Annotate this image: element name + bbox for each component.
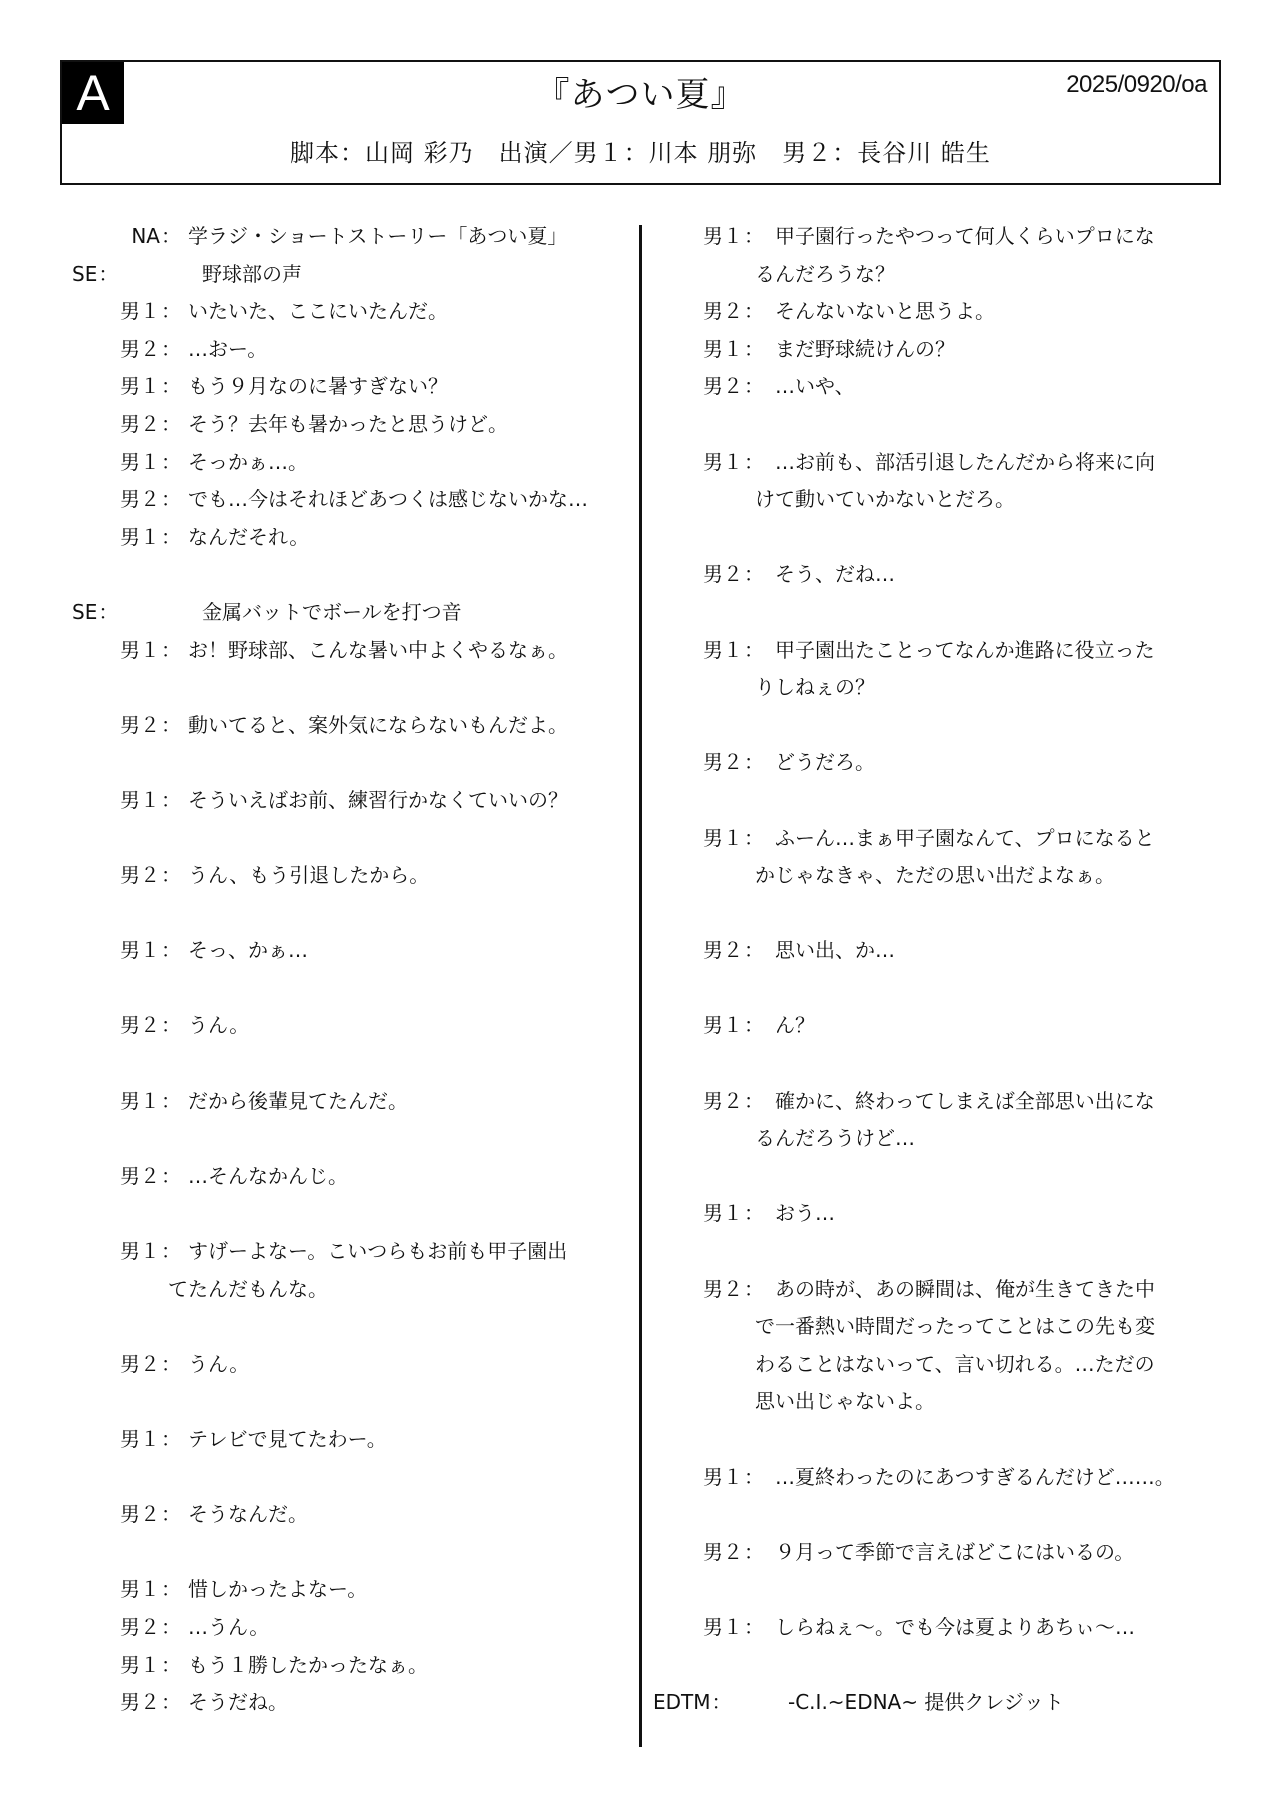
cue-line: EDTM：-C.I.~EDNA~ 提供クレジット [645, 1684, 1225, 1722]
line-text: 甲子園行ったやつって何人くらいプロになるんだろうな？ [765, 218, 1225, 293]
speaker-colon: ： [97, 594, 119, 632]
line-text: ９月って季節で言えばどこにはいるの。 [765, 1534, 1225, 1572]
speaker-name: 男２ [703, 744, 743, 782]
dialogue-line: 男２：そうなんだ。 [60, 1496, 630, 1534]
dialogue-line: 男１：ふーん…まぁ甲子園なんて、プロになるとかじゃなきゃ、ただの思い出だよなぁ。 [645, 820, 1225, 895]
speaker-label: 男１： [645, 218, 765, 256]
dialogue-line: 男２：…うん。 [60, 1609, 630, 1647]
speaker-name: 男１ [120, 782, 160, 820]
speaker-name: 男２ [120, 406, 160, 444]
speaker-label: 男１： [645, 1195, 765, 1233]
dialogue-line: 男２：そうだね。 [60, 1684, 630, 1722]
line-text: …お前も、部活引退したんだから将来に向けて動いていかないとだろ。 [765, 444, 1225, 519]
line-text: そんないないと思うよ。 [765, 293, 1225, 331]
speaker-name: 男２ [703, 1534, 743, 1572]
speaker-label: 男２： [645, 368, 765, 406]
dialogue-line: 男１：しらねぇ〜。でも今は夏よりあちぃ〜… [645, 1609, 1225, 1647]
speaker-name: NA [131, 218, 160, 256]
line-text: …うん。 [182, 1609, 630, 1647]
dialogue-line: 男２：そう、だね… [645, 556, 1225, 594]
speaker-colon: ： [160, 406, 182, 444]
line-text-first: でも…今はそれほどあつくは感じないかな… [188, 481, 630, 519]
speaker-label: 男１： [645, 1007, 765, 1045]
speaker-label: 男１： [645, 444, 765, 482]
line-text: なんだそれ。 [182, 519, 630, 557]
line-text-first: しらねぇ〜。でも今は夏よりあちぃ〜… [775, 1609, 1225, 1647]
speaker-label: 男１： [60, 1083, 182, 1121]
dialogue-line: 男２：９月って季節で言えばどこにはいるの。 [645, 1534, 1225, 1572]
dialogue-line: 男２：動いてると、案外気にならないもんだよ。 [60, 707, 630, 745]
speaker-label: 男２： [645, 932, 765, 970]
line-text: 確かに、終わってしまえば全部思い出になるんだろうけど… [765, 1083, 1225, 1158]
line-text: おう… [765, 1195, 1225, 1233]
dialogue-line: 男１：…夏終わったのにあつすぎるんだけど……。 [645, 1459, 1225, 1497]
speaker-name: 男１ [703, 820, 743, 858]
line-text: ん？ [765, 1007, 1225, 1045]
line-text-first: ふーん…まぁ甲子園なんて、プロになると [775, 820, 1225, 858]
line-text-first: ん？ [775, 1007, 1225, 1045]
speaker-label: 男２： [645, 744, 765, 782]
speaker-colon: ： [160, 368, 182, 406]
speaker-label: 男２： [60, 1346, 182, 1384]
line-text-first: 確かに、終わってしまえば全部思い出にな [775, 1083, 1225, 1121]
line-text-continuation: りしねぇの？ [755, 669, 1225, 707]
speaker-label: 男２： [60, 331, 182, 369]
speaker-label: EDTM： [645, 1684, 705, 1722]
line-text: -C.I.~EDNA~ 提供クレジット [705, 1684, 1225, 1722]
line-text-first: だから後輩見てたんだ。 [188, 1083, 630, 1121]
speaker-name: 男１ [703, 1609, 743, 1647]
line-text-first: うん。 [188, 1007, 630, 1045]
line-text: ふーん…まぁ甲子園なんて、プロになるとかじゃなきゃ、ただの思い出だよなぁ。 [765, 820, 1225, 895]
line-text-first: うん。 [188, 1346, 630, 1384]
dialogue-line: 男１：だから後輩見てたんだ。 [60, 1083, 630, 1121]
line-text-first: そう、だね… [775, 556, 1225, 594]
line-text-first: うん、もう引退したから。 [188, 857, 630, 895]
speaker-name: 男１ [703, 1007, 743, 1045]
line-text-continuation: るんだろうな？ [755, 256, 1225, 294]
line-text: いたいた、ここにいたんだ。 [182, 293, 630, 331]
speaker-colon: ： [160, 481, 182, 519]
air-date: 2025/0920/oa [1066, 70, 1207, 100]
cue-line: SE：野球部の声 [60, 256, 630, 294]
script-column-left: NA：学ラジ・ショートストーリー「あつい夏」SE：野球部の声男１：いたいた、ここ… [60, 218, 630, 1722]
speaker-name: 男２ [703, 293, 743, 331]
speaker-colon: ： [97, 256, 119, 294]
speaker-label: SE： [60, 594, 120, 632]
speaker-colon: ： [160, 1421, 182, 1459]
speaker-name: 男２ [703, 368, 743, 406]
speaker-colon: ： [743, 820, 765, 858]
speaker-name: 男１ [120, 1421, 160, 1459]
speaker-colon: ： [743, 932, 765, 970]
line-text-continuation: るんだろうけど… [755, 1120, 1225, 1158]
line-text: うん。 [182, 1007, 630, 1045]
speaker-label: 男１： [60, 1421, 182, 1459]
line-text-continuation: わることはないって、言い切れる。…ただの [755, 1346, 1225, 1384]
speaker-colon: ： [743, 1609, 765, 1647]
line-text-continuation: で一番熱い時間だったってことはこの先も変 [755, 1308, 1225, 1346]
speaker-colon: ： [743, 1459, 765, 1497]
line-text-first: 甲子園行ったやつって何人くらいプロにな [775, 218, 1225, 256]
line-text-first: おう… [775, 1195, 1225, 1233]
line-text-first: あの時が、あの瞬間は、俺が生きてきた中 [775, 1271, 1225, 1309]
speaker-name: 男１ [120, 1233, 160, 1271]
line-text-first: そう？去年も暑かったと思うけど。 [188, 406, 630, 444]
speaker-label: 男１： [645, 331, 765, 369]
speaker-colon: ： [743, 368, 765, 406]
line-text-first: テレビで見てたわー。 [188, 1421, 630, 1459]
speaker-colon: ： [160, 519, 182, 557]
line-text: あの時が、あの瞬間は、俺が生きてきた中で一番熱い時間だったってことはこの先も変わ… [765, 1271, 1225, 1421]
speaker-name: 男２ [120, 1007, 160, 1045]
speaker-name: 男２ [120, 481, 160, 519]
speaker-label: 男２： [645, 293, 765, 331]
line-text: もう９月なのに暑すぎない？ [182, 368, 630, 406]
line-text: お！野球部、こんな暑い中よくやるなぁ。 [182, 632, 630, 670]
speaker-label: 男１： [60, 932, 182, 970]
line-text-first: 野球部の声 [202, 256, 630, 294]
dialogue-line: 男１：いたいた、ここにいたんだ。 [60, 293, 630, 331]
speaker-name: EDTM [653, 1684, 711, 1722]
dialogue-line: 男２：そんないないと思うよ。 [645, 293, 1225, 331]
cue-line: SE：金属バットでボールを打つ音 [60, 594, 630, 632]
script-header: A 『あつい夏』 2025/0920/oa 脚本：山岡 彩乃 出演／男１：川本 … [60, 60, 1221, 185]
line-text: 野球部の声 [120, 256, 630, 294]
speaker-colon: ： [743, 331, 765, 369]
speaker-name: 男２ [120, 1158, 160, 1196]
speaker-label: 男１： [645, 1609, 765, 1647]
line-text: そう？去年も暑かったと思うけど。 [182, 406, 630, 444]
dialogue-line: 男２：…そんなかんじ。 [60, 1158, 630, 1196]
dialogue-line: 男１：ん？ [645, 1007, 1225, 1045]
dialogue-line: 男１：そういえばお前、練習行かなくていいの？ [60, 782, 630, 820]
line-text: だから後輩見てたんだ。 [182, 1083, 630, 1121]
speaker-name: 男１ [120, 519, 160, 557]
speaker-label: 男１： [645, 632, 765, 670]
speaker-name: 男２ [120, 1346, 160, 1384]
speaker-colon: ： [160, 932, 182, 970]
line-text-first: どうだろ。 [775, 744, 1225, 782]
line-text: …そんなかんじ。 [182, 1158, 630, 1196]
speaker-label: 男１： [60, 293, 182, 331]
speaker-colon: ： [743, 293, 765, 331]
speaker-label: 男１： [60, 782, 182, 820]
speaker-label: 男２： [645, 1271, 765, 1309]
line-text-first: そうだね。 [188, 1684, 630, 1722]
line-text: …いや、 [765, 368, 1225, 406]
speaker-name: 男１ [703, 632, 743, 670]
script-column-right: 男１：甲子園行ったやつって何人くらいプロになるんだろうな？男２：そんないないと思… [645, 218, 1225, 1722]
speaker-colon: ： [743, 1007, 765, 1045]
speaker-name: 男２ [120, 1496, 160, 1534]
speaker-label: 男２： [645, 1083, 765, 1121]
line-text-first: そんないないと思うよ。 [775, 293, 1225, 331]
line-text: しらねぇ〜。でも今は夏よりあちぃ〜… [765, 1609, 1225, 1647]
line-text: うん、もう引退したから。 [182, 857, 630, 895]
speaker-colon: ： [160, 1346, 182, 1384]
line-text: まだ野球続けんの？ [765, 331, 1225, 369]
speaker-name: 男１ [120, 444, 160, 482]
speaker-label: 男１： [60, 1233, 182, 1271]
speaker-colon: ： [743, 444, 765, 482]
line-text: そうなんだ。 [182, 1496, 630, 1534]
speaker-name: 男２ [120, 857, 160, 895]
line-text-first: 惜しかったよなー。 [188, 1571, 630, 1609]
line-text-first: なんだそれ。 [188, 519, 630, 557]
dialogue-line: 男２：あの時が、あの瞬間は、俺が生きてきた中で一番熱い時間だったってことはこの先… [645, 1271, 1225, 1421]
dialogue-line: 男１：もう９月なのに暑すぎない？ [60, 368, 630, 406]
speaker-name: 男１ [703, 1459, 743, 1497]
speaker-name: 男１ [120, 632, 160, 670]
line-text-first: …お前も、部活引退したんだから将来に向 [775, 444, 1225, 482]
speaker-colon: ： [160, 1684, 182, 1722]
dialogue-line: 男１：テレビで見てたわー。 [60, 1421, 630, 1459]
dialogue-line: 男１：すげーよなー。こいつらもお前も甲子園出てたんだもんな。 [60, 1233, 630, 1308]
line-text-first: そうなんだ。 [188, 1496, 630, 1534]
speaker-colon: ： [743, 556, 765, 594]
speaker-colon: ： [743, 744, 765, 782]
speaker-name: 男１ [120, 368, 160, 406]
line-text-first: …いや、 [775, 368, 1225, 406]
line-text: どうだろ。 [765, 744, 1225, 782]
dialogue-line: 男１：…お前も、部活引退したんだから将来に向けて動いていかないとだろ。 [645, 444, 1225, 519]
speaker-name: 男１ [120, 932, 160, 970]
speaker-label: 男２： [60, 1684, 182, 1722]
speaker-colon: ： [160, 632, 182, 670]
speaker-label: 男１： [60, 1647, 182, 1685]
speaker-name: 男１ [120, 1083, 160, 1121]
line-text-first: …おー。 [188, 331, 630, 369]
speaker-label: 男２： [60, 1609, 182, 1647]
line-text-first: そういえばお前、練習行かなくていいの？ [188, 782, 630, 820]
speaker-name: 男１ [703, 1195, 743, 1233]
speaker-colon: ： [160, 1233, 182, 1271]
line-text-first: …うん。 [188, 1609, 630, 1647]
speaker-colon: ： [160, 1647, 182, 1685]
speaker-label: NA： [60, 218, 182, 256]
line-text-first: お！野球部、こんな暑い中よくやるなぁ。 [188, 632, 630, 670]
line-text-first: 金属バットでボールを打つ音 [202, 594, 630, 632]
line-text: でも…今はそれほどあつくは感じないかな… [182, 481, 630, 519]
dialogue-line: NA：学ラジ・ショートストーリー「あつい夏」 [60, 218, 630, 256]
line-text: …おー。 [182, 331, 630, 369]
dialogue-line: 男１：もう１勝したかったなぁ。 [60, 1647, 630, 1685]
line-text: 惜しかったよなー。 [182, 1571, 630, 1609]
line-text-continuation: けて動いていかないとだろ。 [755, 481, 1225, 519]
speaker-name: 男２ [703, 1083, 743, 1121]
dialogue-line: 男２：うん、もう引退したから。 [60, 857, 630, 895]
speaker-colon: ： [160, 1007, 182, 1045]
speaker-colon: ： [743, 1271, 765, 1309]
dialogue-line: 男１：惜しかったよなー。 [60, 1571, 630, 1609]
dialogue-line: 男２：思い出、か… [645, 932, 1225, 970]
speaker-colon: ： [160, 707, 182, 745]
speaker-label: SE： [60, 256, 120, 294]
speaker-name: 男１ [703, 444, 743, 482]
speaker-name: 男１ [120, 293, 160, 331]
speaker-name: 男１ [703, 331, 743, 369]
line-text-continuation: かじゃなきゃ、ただの思い出だよなぁ。 [755, 857, 1225, 895]
speaker-colon: ： [743, 632, 765, 670]
speaker-label: 男２： [645, 1534, 765, 1572]
line-text-continuation: 思い出じゃないよ。 [755, 1383, 1225, 1421]
speaker-name: 男１ [120, 1647, 160, 1685]
speaker-colon: ： [160, 1609, 182, 1647]
speaker-label: 男２： [60, 857, 182, 895]
speaker-name: 男２ [120, 1684, 160, 1722]
speaker-label: 男１： [60, 519, 182, 557]
speaker-label: 男１： [60, 444, 182, 482]
speaker-colon: ： [160, 293, 182, 331]
line-text-first: 思い出、か… [775, 932, 1225, 970]
speaker-name: SE [72, 256, 97, 294]
speaker-label: 男２： [60, 1496, 182, 1534]
line-text: テレビで見てたわー。 [182, 1421, 630, 1459]
line-text: そっ、かぁ… [182, 932, 630, 970]
speaker-name: 男２ [120, 331, 160, 369]
speaker-label: 男１： [60, 1571, 182, 1609]
speaker-colon: ： [743, 1195, 765, 1233]
script-title: 『あつい夏』 [62, 72, 1219, 118]
line-text: そういえばお前、練習行かなくていいの？ [182, 782, 630, 820]
dialogue-line: 男２：確かに、終わってしまえば全部思い出になるんだろうけど… [645, 1083, 1225, 1158]
speaker-colon: ： [743, 1083, 765, 1121]
speaker-label: 男１： [60, 632, 182, 670]
speaker-colon: ： [743, 1534, 765, 1572]
line-text: 思い出、か… [765, 932, 1225, 970]
line-text-first: …そんなかんじ。 [188, 1158, 630, 1196]
line-text-continuation: てたんだもんな。 [168, 1271, 630, 1309]
line-text: 学ラジ・ショートストーリー「あつい夏」 [182, 218, 630, 256]
speaker-colon: ： [160, 1158, 182, 1196]
dialogue-line: 男１：お！野球部、こんな暑い中よくやるなぁ。 [60, 632, 630, 670]
speaker-colon: ： [160, 1496, 182, 1534]
dialogue-line: 男１：おう… [645, 1195, 1225, 1233]
line-text: そう、だね… [765, 556, 1225, 594]
dialogue-line: 男２：…おー。 [60, 331, 630, 369]
dialogue-line: 男１：そっかぁ…。 [60, 444, 630, 482]
credits-line: 脚本：山岡 彩乃 出演／男１：川本 朋弥 男２：長谷川 皓生 [62, 137, 1219, 169]
speaker-label: 男１： [645, 820, 765, 858]
dialogue-line: 男１：甲子園行ったやつって何人くらいプロになるんだろうな？ [645, 218, 1225, 293]
speaker-name: 男２ [120, 1609, 160, 1647]
dialogue-line: 男１：なんだそれ。 [60, 519, 630, 557]
speaker-label: 男２： [60, 707, 182, 745]
speaker-label: 男１： [645, 1459, 765, 1497]
speaker-label: 男２： [60, 1007, 182, 1045]
speaker-label: 男１： [60, 368, 182, 406]
line-text-first: すげーよなー。こいつらもお前も甲子園出 [188, 1233, 630, 1271]
speaker-name: 男２ [703, 1271, 743, 1309]
speaker-colon: ： [743, 218, 765, 256]
speaker-label: 男２： [60, 1158, 182, 1196]
line-text-first: …夏終わったのにあつすぎるんだけど……。 [775, 1459, 1225, 1497]
line-text-first: もう１勝したかったなぁ。 [188, 1647, 630, 1685]
dialogue-line: 男２：うん。 [60, 1007, 630, 1045]
line-text: 甲子園出たことってなんか進路に役立ったりしねぇの？ [765, 632, 1225, 707]
speaker-colon: ： [160, 331, 182, 369]
speaker-colon: ： [160, 857, 182, 895]
speaker-label: 男２： [645, 556, 765, 594]
dialogue-line: 男２：どうだろ。 [645, 744, 1225, 782]
dialogue-line: 男１：甲子園出たことってなんか進路に役立ったりしねぇの？ [645, 632, 1225, 707]
speaker-colon: ： [160, 1571, 182, 1609]
line-text-first: いたいた、ここにいたんだ。 [188, 293, 630, 331]
dialogue-line: 男２：うん。 [60, 1346, 630, 1384]
speaker-name: 男２ [703, 556, 743, 594]
line-text: うん。 [182, 1346, 630, 1384]
line-text: そっかぁ…。 [182, 444, 630, 482]
line-text-first: そっ、かぁ… [188, 932, 630, 970]
speaker-colon: ： [160, 782, 182, 820]
speaker-label: 男２： [60, 406, 182, 444]
speaker-name: 男２ [703, 932, 743, 970]
dialogue-line: 男２：そう？去年も暑かったと思うけど。 [60, 406, 630, 444]
line-text-first: 学ラジ・ショートストーリー「あつい夏」 [188, 218, 630, 256]
speaker-name: 男２ [120, 707, 160, 745]
speaker-name: 男１ [703, 218, 743, 256]
line-text-first: まだ野球続けんの？ [775, 331, 1225, 369]
dialogue-line: 男２：…いや、 [645, 368, 1225, 406]
line-text: もう１勝したかったなぁ。 [182, 1647, 630, 1685]
speaker-colon: ： [160, 444, 182, 482]
speaker-colon: ： [160, 218, 182, 256]
speaker-name: 男１ [120, 1571, 160, 1609]
line-text-first: そっかぁ…。 [188, 444, 630, 482]
speaker-colon: ： [160, 1083, 182, 1121]
dialogue-line: 男１：そっ、かぁ… [60, 932, 630, 970]
line-text-first: 動いてると、案外気にならないもんだよ。 [188, 707, 630, 745]
dialogue-line: 男２：でも…今はそれほどあつくは感じないかな… [60, 481, 630, 519]
line-text: すげーよなー。こいつらもお前も甲子園出てたんだもんな。 [182, 1233, 630, 1308]
line-text-first: -C.I.~EDNA~ 提供クレジット [788, 1684, 1225, 1722]
speaker-name: SE [72, 594, 97, 632]
line-text: そうだね。 [182, 1684, 630, 1722]
line-text-first: ９月って季節で言えばどこにはいるの。 [775, 1534, 1225, 1572]
line-text-first: もう９月なのに暑すぎない？ [188, 368, 630, 406]
line-text: 金属バットでボールを打つ音 [120, 594, 630, 632]
line-text: …夏終わったのにあつすぎるんだけど……。 [765, 1459, 1225, 1497]
speaker-label: 男２： [60, 481, 182, 519]
column-divider [639, 225, 642, 1747]
line-text-first: 甲子園出たことってなんか進路に役立った [775, 632, 1225, 670]
line-text: 動いてると、案外気にならないもんだよ。 [182, 707, 630, 745]
dialogue-line: 男１：まだ野球続けんの？ [645, 331, 1225, 369]
